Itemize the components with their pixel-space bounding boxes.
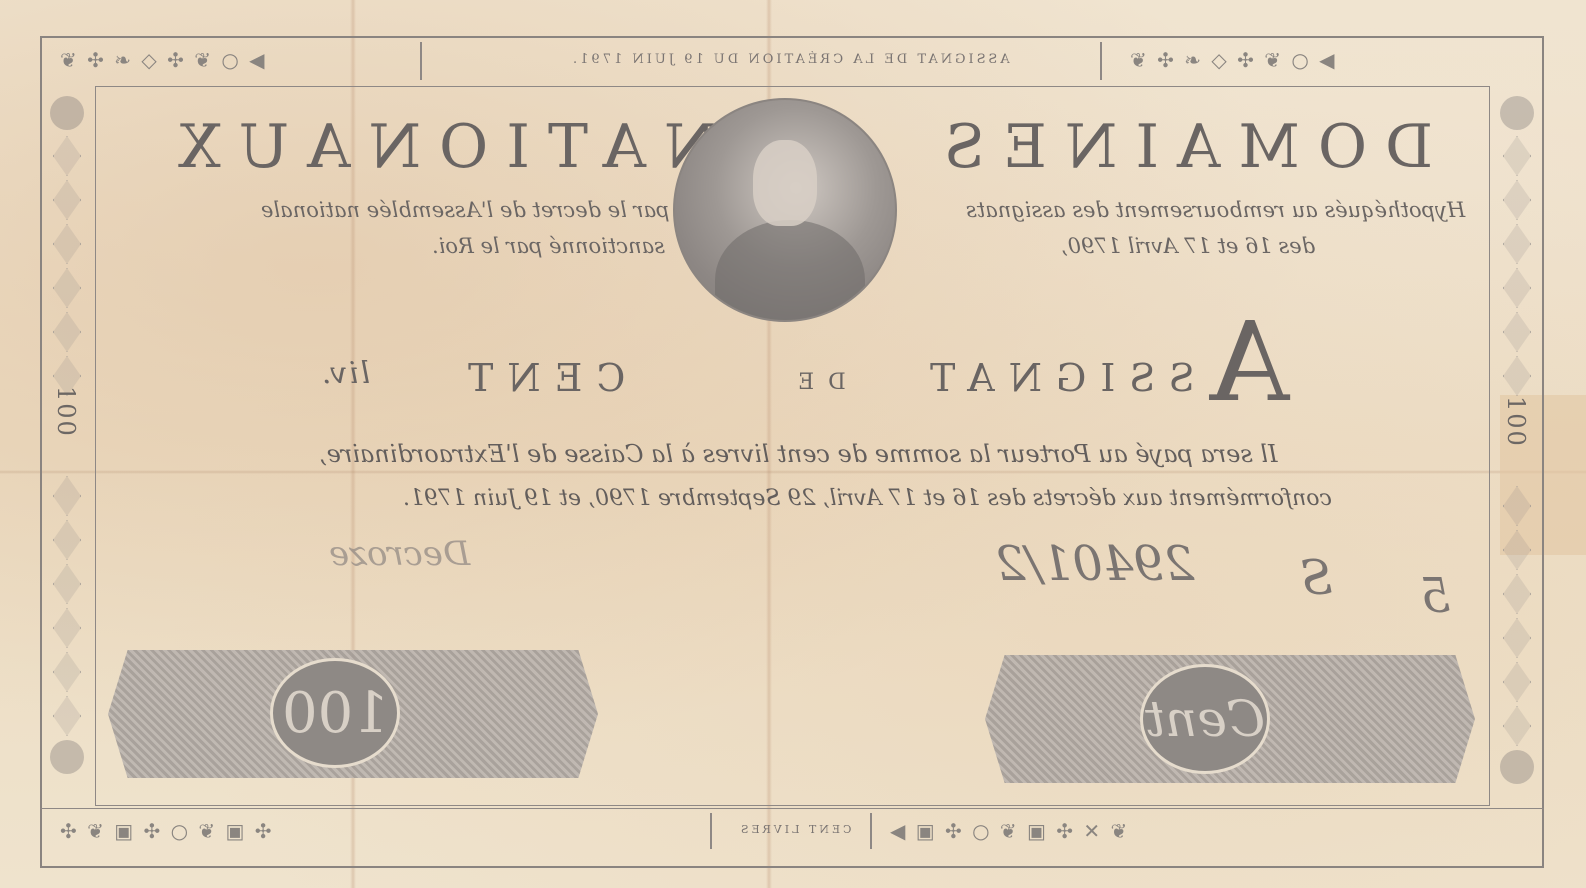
diamond-ornament [53,268,81,308]
body-line-1: Il sera payé au Porteur la somme de cent… [118,440,1478,468]
diamond-ornament [1503,530,1531,570]
diamond-ornament [53,564,81,604]
diamond-chain-bottom [1498,486,1536,790]
title-domaines: DOMAINES [920,112,1440,182]
ornament-row-right: ❦ ✣ ❧ ◇ ✣ ❦ ○ ◀ [1130,48,1337,72]
header-right-line-1: par le decret de l'Assemblée nationale [100,198,670,222]
right-side-column: 100 [1490,86,1545,806]
rosette-icon [50,740,84,774]
header-right-line-2: sanctionné par le Roi. [330,234,665,258]
diamond-ornament [1503,136,1531,176]
diamond-ornament [53,180,81,220]
denomination-initial: A [1210,298,1289,426]
denomination-word-cent: CENT [430,356,650,400]
diamond-ornament [1503,312,1531,352]
diamond-ornament [1503,486,1531,526]
signature: Decroze [170,534,630,574]
diamond-ornament [53,652,81,692]
header-left-line-2: des 16 et 17 Avril 1790, [920,234,1315,258]
ornament-row-right: ◀ ▣ ✣ ○ ❦ ▣ ✣ ✕ ❦ [890,819,1129,843]
king-portrait-medallion [673,98,897,322]
denomination-word-assignat: SSIGNAT [905,356,1205,400]
diamond-ornament [1503,706,1531,746]
diamond-chain-top [48,96,86,400]
diamond-chain-bottom [48,476,86,780]
bottom-band: ✣ ❦ ▣ ✣ ○ ❦ ▣ ✣ Cent livres ◀ ▣ ✣ ○ ❦ ▣ … [40,808,1544,855]
diamond-ornament [53,608,81,648]
band-divider [710,813,712,849]
band-divider [870,813,872,849]
body-line-2: conformément aux décrets des 16 et 17 Av… [270,486,1465,511]
value-oval-right: Cent [1140,664,1270,774]
diamond-ornament [1503,356,1531,396]
serial-letter: S [1300,550,1333,606]
denomination-word-de: DE [770,370,860,395]
side-value-left: 100 [52,386,80,438]
ornament-row-left: ✣ ❦ ▣ ✣ ○ ❦ ▣ ✣ [60,819,274,843]
band-divider [420,42,422,80]
serial-series: 5 [1420,568,1451,624]
bottom-band-label: Cent livres [720,823,870,836]
diamond-ornament [1503,662,1531,702]
ornament-glyphs: ❦ ✣ ❧ ◇ ✣ ❦ ○ ◀ [60,48,267,72]
left-side-column: 100 [40,86,95,806]
diamond-ornament [1503,618,1531,658]
diamond-ornament [53,224,81,264]
rosette-icon [1500,750,1534,784]
portrait-head [753,140,817,226]
value-oval-left: 100 [270,658,400,768]
diamond-ornament [1503,574,1531,614]
diamond-ornament [1503,224,1531,264]
diamond-ornament [53,312,81,352]
diamond-ornament [53,476,81,516]
diamond-ornament [53,696,81,736]
portrait-bust [715,220,865,322]
top-band: ❦ ✣ ❧ ◇ ✣ ❦ ○ ◀ Assignat de la création … [40,36,1544,86]
title-nationaux: NATIONAUX [160,112,680,182]
ornament-row-left: ❦ ✣ ❧ ◇ ✣ ❦ ○ ◀ [60,48,267,72]
denomination-word-livres: liv. [300,356,390,391]
diamond-chain-top [1498,96,1536,400]
band-divider [1100,42,1102,80]
rosette-icon [50,96,84,130]
diamond-ornament [1503,180,1531,220]
rosette-icon [1500,96,1534,130]
side-value-right: 100 [1502,396,1530,448]
diamond-ornament [53,136,81,176]
serial-number: 29401/2 [930,536,1260,592]
diamond-ornament [53,520,81,560]
diamond-ornament [1503,268,1531,308]
ornament-glyphs: ❦ ✣ ❧ ◇ ✣ ❦ ○ ◀ [1130,48,1337,72]
header-left-line-1: Hypothéqués au remboursement des assigna… [920,198,1465,222]
top-band-label: Assignat de la création du 19 juin 1791. [480,52,1100,67]
